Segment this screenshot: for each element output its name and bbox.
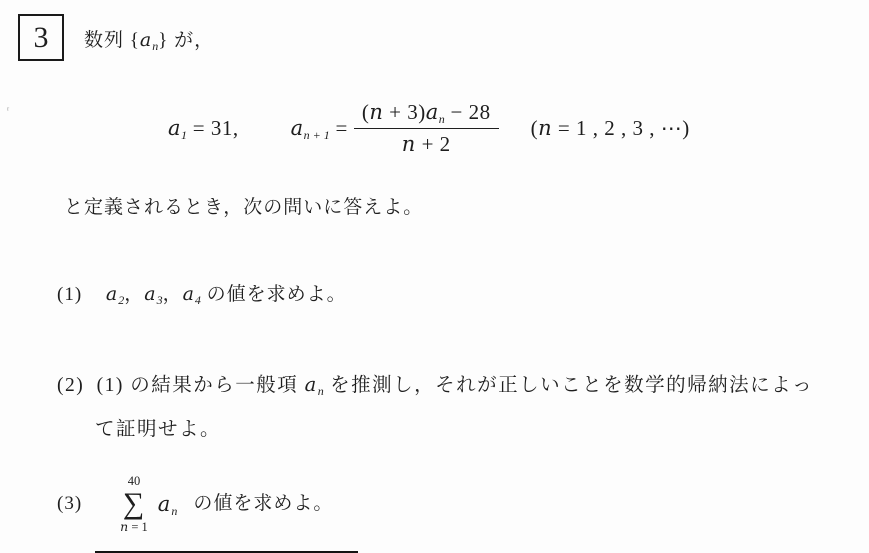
- numerator-a: a: [426, 100, 439, 124]
- sigma-lower-n: n: [120, 519, 128, 534]
- q1-comma-1: ，: [124, 284, 144, 305]
- question-1: (1) a2，a3，a4 の値を求めよ。: [57, 281, 347, 308]
- q2-an-var: a: [305, 373, 318, 396]
- sigma-notation: 40 ∑ n = 1: [120, 475, 148, 534]
- domain-condition: (n = 1 , 2 , 3 , ⋯): [531, 116, 690, 141]
- scan-artifact: ʳ: [7, 105, 9, 116]
- sigma-symbol: ∑: [123, 487, 145, 521]
- sigma-lower-limit: n = 1: [120, 521, 148, 534]
- recurrence-formula: a1 = 31, an + 1 = (n + 3)an − 28 n + 2 (…: [168, 90, 690, 166]
- sequence-variable: a: [140, 29, 152, 51]
- q3-text: の値を求めよ。: [193, 491, 333, 517]
- q3-an-term: an: [158, 491, 178, 517]
- denominator-plus2: + 2: [416, 132, 451, 156]
- question-2-line2: て証明せよ。: [95, 417, 221, 443]
- q1-a4-var: a: [183, 283, 195, 305]
- intro-sentence: 数列 {an} が，: [84, 27, 214, 54]
- initial-term: a1 = 31,: [168, 116, 239, 141]
- initial-term-value: = 31,: [187, 116, 239, 140]
- numerator-minus28: − 28: [445, 100, 491, 124]
- question-1-label: (1): [57, 284, 82, 305]
- scanned-problem-page: 3 数列 {an} が， ʳ a1 = 31, an + 1 = (n + 3)…: [0, 0, 869, 553]
- q1-a2-var: a: [106, 283, 118, 305]
- definition-sentence: と定義されるとき，次の問いに答えよ。: [64, 195, 423, 221]
- q1-text: の値を求めよ。: [201, 284, 347, 305]
- scan-artifact-glyph: ʳ: [7, 105, 9, 116]
- domain-values: = 1 , 2 , 3 , ⋯): [552, 116, 690, 140]
- sigma-upper-limit: 40: [128, 475, 141, 488]
- sigma-lower-eq1: = 1: [128, 520, 148, 534]
- q3-an-sub: n: [171, 504, 177, 518]
- intro-text-prefix: 数列 {: [84, 30, 140, 51]
- recurrence-var: a: [291, 116, 304, 140]
- q1-a3-var: a: [144, 283, 156, 305]
- numerator-n: n: [369, 100, 383, 124]
- recurrence-lhs: an + 1 =: [291, 116, 348, 141]
- problem-number-box: 3: [18, 14, 64, 61]
- fraction-numerator: (n + 3)an − 28: [354, 100, 499, 129]
- q2-text-2: を推測し，それが正しいことを数学的帰納法によっ: [324, 375, 813, 396]
- q3-an-var: a: [158, 492, 172, 516]
- question-2-label: (2): [57, 375, 84, 396]
- numerator-plus3: + 3): [383, 100, 425, 124]
- q1-comma-2: ，: [163, 284, 183, 305]
- intro-text-suffix: } が，: [158, 30, 214, 51]
- question-2-line1: (2) (1) の結果から一般項 an を推測し，それが正しいことを数学的帰納法…: [57, 372, 813, 399]
- fraction: (n + 3)an − 28 n + 2: [354, 100, 499, 157]
- recurrence-sub: n + 1: [304, 128, 330, 142]
- domain-paren-open: (: [531, 116, 539, 140]
- problem-number: 3: [34, 21, 49, 55]
- initial-term-var: a: [168, 116, 181, 140]
- denominator-n: n: [402, 132, 416, 156]
- equals-sign: =: [330, 116, 348, 140]
- question-3-label: (3): [57, 491, 82, 517]
- question-3: (3) 40 ∑ n = 1 an の値を求めよ。: [57, 466, 333, 542]
- q2-text-1: (1) の結果から一般項: [97, 375, 305, 396]
- domain-n: n: [538, 116, 552, 140]
- fraction-denominator: n + 2: [402, 129, 451, 157]
